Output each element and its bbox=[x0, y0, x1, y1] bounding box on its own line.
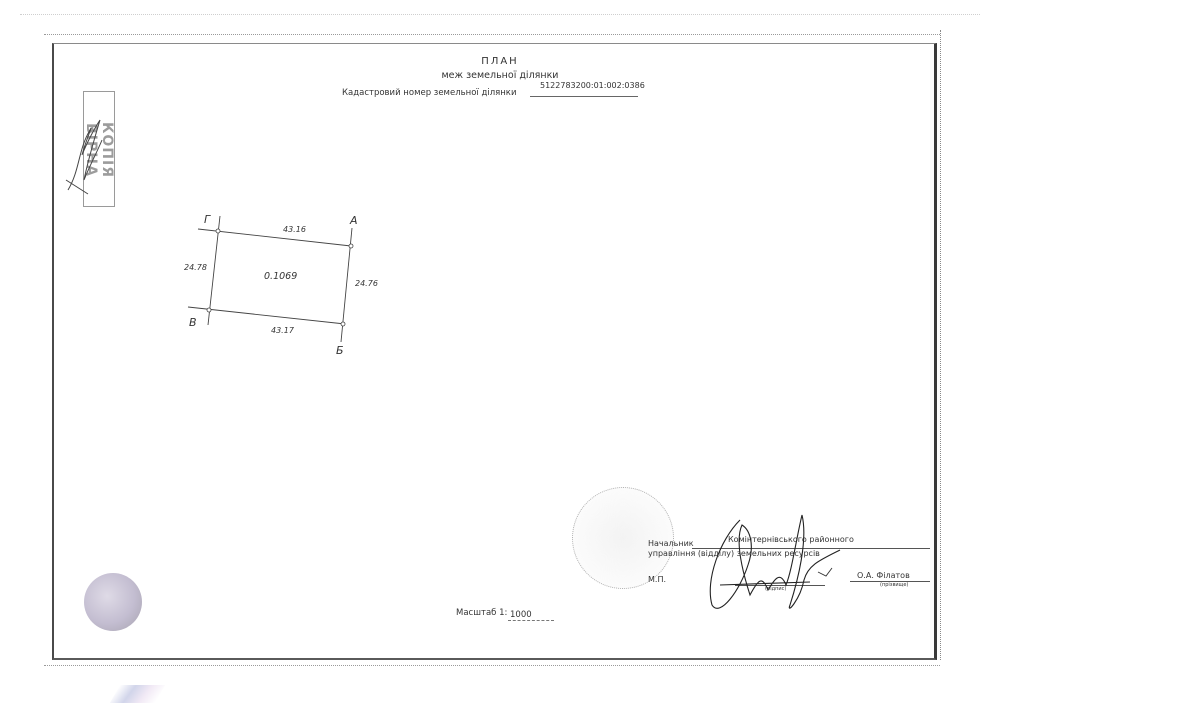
scale-underline bbox=[508, 620, 554, 621]
side-length-v-g: 24.78 bbox=[184, 263, 207, 272]
scan-noise-top bbox=[20, 14, 980, 15]
seal-mark: М.П. bbox=[648, 575, 666, 584]
boundary-g-a bbox=[198, 229, 351, 246]
side-length-g-a: 43.16 bbox=[283, 225, 306, 234]
cadastral-number: 5122783200:01:002:0386 bbox=[540, 81, 645, 90]
scan-smudge bbox=[110, 685, 165, 703]
hologram-seal bbox=[84, 573, 142, 631]
name-caption: (прізвище) bbox=[880, 582, 908, 588]
side-length-b-v: 43.17 bbox=[271, 326, 295, 335]
vertex-g-marker bbox=[216, 229, 220, 233]
plot-area: 0.1069 bbox=[264, 271, 297, 282]
position-prefix: Начальник bbox=[648, 539, 694, 548]
vertex-b-marker bbox=[341, 322, 345, 326]
signatory-name: О.А. Філатов bbox=[857, 571, 910, 580]
vertex-a-label: А bbox=[349, 214, 358, 227]
cadastral-underline bbox=[530, 96, 638, 97]
official-round-seal bbox=[572, 487, 674, 589]
document-title: ПЛАН bbox=[430, 56, 570, 67]
handwritten-signature bbox=[700, 510, 850, 620]
vertex-v-marker bbox=[207, 308, 211, 312]
scale-label: Масштаб 1: bbox=[456, 608, 507, 618]
frame-right-edge bbox=[940, 30, 941, 660]
cadastral-label: Кадастровий номер земельної ділянки bbox=[342, 88, 516, 98]
plot-plan-drawing: Г А Б В 43.16 24.76 43.17 24.78 0.1069 bbox=[170, 200, 390, 370]
vertex-v-label: В bbox=[189, 316, 197, 329]
side-length-a-b: 24.76 bbox=[355, 279, 378, 288]
vertex-b-label: Б bbox=[336, 344, 344, 357]
vertex-g-label: Г bbox=[204, 213, 211, 226]
boundary-v-b bbox=[188, 307, 345, 324]
document-subtitle: меж земельної ділянки bbox=[400, 70, 600, 81]
scale-value: 1000 bbox=[510, 610, 532, 620]
vertex-a-marker bbox=[349, 244, 353, 248]
handwritten-initials bbox=[60, 110, 110, 200]
